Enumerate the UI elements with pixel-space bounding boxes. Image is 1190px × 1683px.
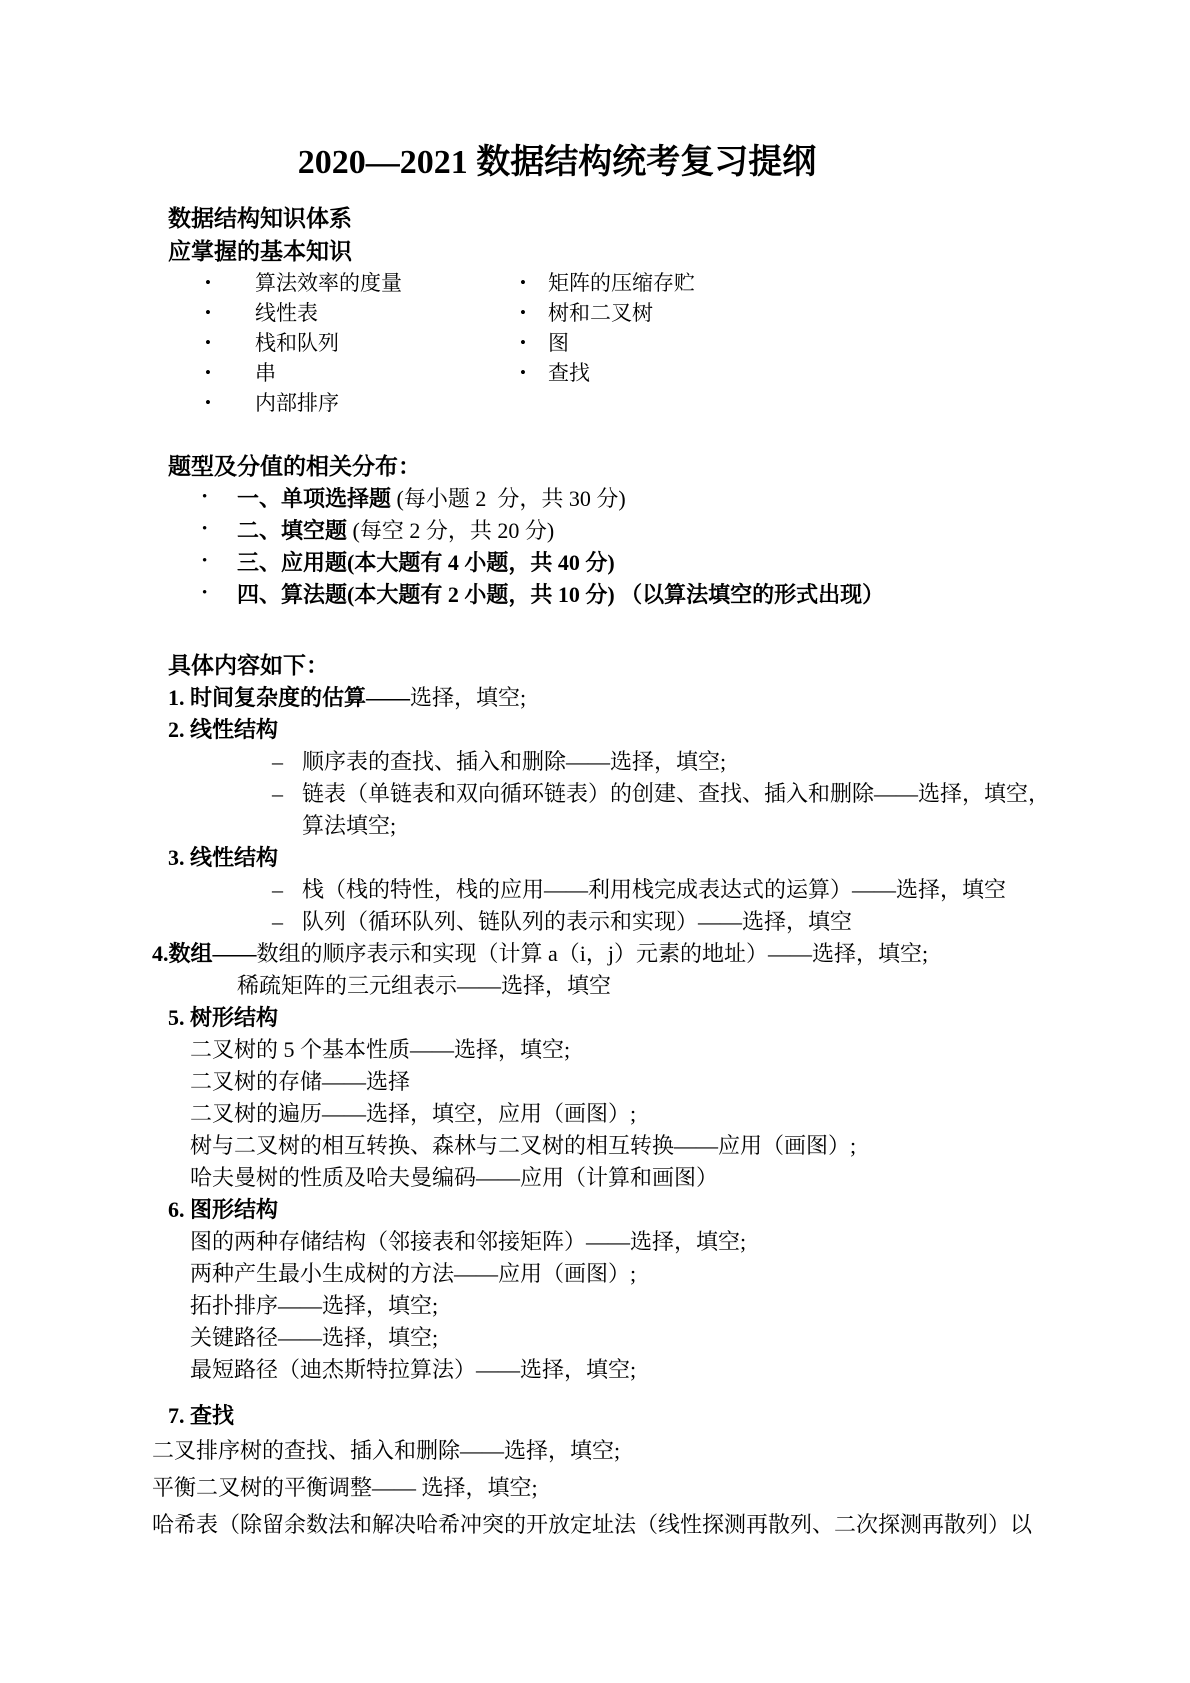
basics-heading: 应掌握的基本知识 (152, 235, 1052, 268)
outline-line: 二叉排序树的查找、插入和删除——选择，填空; (152, 1432, 1052, 1469)
outline-line-bold: 1. 时间复杂度的估算—— (168, 685, 410, 710)
knowledge-row: • 串 • 查找 (152, 358, 1052, 388)
dash-icon: – (272, 906, 283, 938)
knowledge-item: 线性表 (255, 298, 318, 328)
outline-line-bold: 5. 树形结构 (168, 1005, 278, 1030)
outline-line-text: 哈夫曼树的性质及哈夫曼编码——应用（计算和画图） (190, 1165, 718, 1190)
outline-line: 树与二叉树的相互转换、森林与二叉树的相互转换——应用（画图）; (152, 1130, 1052, 1162)
question-type-text: 四、算法题(本大题有 2 小题，共 10 分) （以算法填空的形式出现） (237, 579, 884, 611)
knowledge-item: 矩阵的压缩存贮 (548, 268, 695, 298)
knowledge-bullet-list: • 算法效率的度量 • 矩阵的压缩存贮 • 线性表 • 树和二叉树 • 栈和队列… (152, 268, 1052, 418)
dash-icon: – (272, 778, 283, 810)
outline-line: –链表（单链表和双向循环链表）的创建、查找、插入和删除——选择，填空， (152, 778, 1052, 810)
outline-line-text: 最短路径（迪杰斯特拉算法）——选择，填空; (190, 1357, 636, 1382)
question-type-label: 二、填空题 (237, 518, 353, 543)
bullet-icon: • (202, 481, 207, 513)
bullet-icon: • (205, 268, 211, 298)
bullet-icon: • (520, 298, 526, 328)
outline-line-text: 两种产生最小生成树的方法——应用（画图）; (190, 1261, 636, 1286)
outline-line: 二叉树的 5 个基本性质——选择，填空; (152, 1034, 1052, 1066)
outline-line: 2. 线性结构 (152, 714, 1052, 746)
bullet-icon: • (202, 545, 207, 577)
outline-line-text: 拓扑排序——选择，填空; (190, 1293, 438, 1318)
outline-line-text: 队列（循环队列、链队列的表示和实现）——选择，填空 (302, 909, 852, 934)
outline-line: –顺序表的查找、插入和删除——选择，填空; (152, 746, 1052, 778)
outline-line: 关键路径——选择，填空; (152, 1322, 1052, 1354)
outline-line: 两种产生最小生成树的方法——应用（画图）; (152, 1258, 1052, 1290)
bullet-icon: • (202, 513, 207, 545)
knowledge-item: 查找 (548, 358, 590, 388)
question-type-item: • 三、应用题(本大题有 4 小题，共 40 分) (152, 547, 1052, 579)
question-type-item: • 一、单项选择题 (每小题 2 分，共 30 分) (152, 483, 1052, 515)
outline-line: 7. 查找 (152, 1400, 1052, 1432)
outline-line-text: 稀疏矩阵的三元组表示——选择，填空 (237, 973, 611, 998)
outline-line: 图的两种存储结构（邻接表和邻接矩阵）——选择，填空; (152, 1226, 1052, 1258)
outline-line: 拓扑排序——选择，填空; (152, 1290, 1052, 1322)
bullet-icon: • (520, 328, 526, 358)
bullet-icon: • (205, 328, 211, 358)
page-title: 2020—2021 数据结构统考复习提纲 (152, 138, 962, 188)
knowledge-row: • 内部排序 (152, 388, 1052, 418)
question-type-text: 三、应用题(本大题有 4 小题，共 40 分) (237, 547, 615, 579)
outline-line-text: 顺序表的查找、插入和删除——选择，填空; (302, 749, 726, 774)
document-page: 2020—2021 数据结构统考复习提纲 数据结构知识体系 应掌握的基本知识 •… (0, 0, 1190, 1683)
question-type-detail: (每空 2 分，共 20 分) (353, 518, 555, 543)
question-type-label: 四、算法题(本大题有 2 小题，共 10 分) （以算法填空的形式出现） (237, 582, 884, 607)
outline-line-text: 二叉树的 5 个基本性质——选择，填空; (190, 1037, 570, 1062)
knowledge-item: 图 (548, 328, 569, 358)
document-content: 2020—2021 数据结构统考复习提纲 数据结构知识体系 应掌握的基本知识 •… (152, 138, 1052, 1543)
outline-line: –栈（栈的特性，栈的应用——利用栈完成表达式的运算）——选择，填空 (152, 874, 1052, 906)
knowledge-row: • 线性表 • 树和二叉树 (152, 298, 1052, 328)
outline-line-text: 平衡二叉树的平衡调整—— 选择，填空; (152, 1475, 538, 1500)
question-types-heading: 题型及分值的相关分布： (152, 450, 1052, 483)
question-type-label: 三、应用题(本大题有 4 小题，共 40 分) (237, 550, 615, 575)
question-types-list: • 一、单项选择题 (每小题 2 分，共 30 分) • 二、填空题 (每空 2… (152, 483, 1052, 611)
outline-line: 二叉树的遍历——选择，填空，应用（画图）; (152, 1098, 1052, 1130)
bullet-icon: • (520, 268, 526, 298)
outline-line-text: 二叉树的遍历——选择，填空，应用（画图）; (190, 1101, 636, 1126)
knowledge-row: • 栈和队列 • 图 (152, 328, 1052, 358)
outline-line-rest: 选择，填空; (410, 685, 526, 710)
bullet-icon: • (205, 298, 211, 328)
outline-line-text: 哈希表（除留余数法和解决哈希冲突的开放定址法（线性探测再散列、二次探测再散列）以 (152, 1512, 1032, 1537)
outline-heading: 具体内容如下： (152, 649, 1052, 682)
bullet-icon: • (520, 358, 526, 388)
outline-line: 6. 图形结构 (152, 1194, 1052, 1226)
outline-line: 3. 线性结构 (152, 842, 1052, 874)
outline-line-bold: 4.数组—— (152, 941, 257, 966)
outline-line-text: 栈（栈的特性，栈的应用——利用栈完成表达式的运算）——选择，填空 (302, 877, 1006, 902)
knowledge-item: 串 (255, 358, 276, 388)
question-type-text: 二、填空题 (每空 2 分，共 20 分) (237, 515, 554, 547)
question-type-item: • 二、填空题 (每空 2 分，共 20 分) (152, 515, 1052, 547)
outline-line-text: 二叉树的存储——选择 (190, 1069, 410, 1094)
outline-line-bold: 3. 线性结构 (168, 845, 278, 870)
outline-line: 1. 时间复杂度的估算——选择，填空; (152, 682, 1052, 714)
outline-line: 算法填空; (152, 810, 1052, 842)
question-type-detail: (每小题 2 分，共 30 分) (397, 486, 626, 511)
outline-line-text: 二叉排序树的查找、插入和删除——选择，填空; (152, 1438, 620, 1463)
bullet-icon: • (205, 358, 211, 388)
outline-line-bold: 6. 图形结构 (168, 1197, 278, 1222)
bullet-icon: • (202, 577, 207, 609)
knowledge-item: 栈和队列 (255, 328, 339, 358)
outline-line: 最短路径（迪杰斯特拉算法）——选择，填空; (152, 1354, 1052, 1386)
dash-icon: – (272, 874, 283, 906)
outline-line-text: 关键路径——选择，填空; (190, 1325, 438, 1350)
knowledge-row: • 算法效率的度量 • 矩阵的压缩存贮 (152, 268, 1052, 298)
knowledge-system-heading: 数据结构知识体系 (152, 202, 1052, 235)
outline-line-bold: 7. 查找 (168, 1403, 234, 1428)
outline-line: 5. 树形结构 (152, 1002, 1052, 1034)
outline-line: 4.数组——数组的顺序表示和实现（计算 a（i，j）元素的地址）——选择，填空; (152, 938, 1052, 970)
knowledge-item: 树和二叉树 (548, 298, 653, 328)
outline-line-text: 链表（单链表和双向循环链表）的创建、查找、插入和删除——选择，填空， (302, 781, 1050, 806)
bullet-icon: • (205, 388, 211, 418)
outline-list: 1. 时间复杂度的估算——选择，填空; 2. 线性结构 –顺序表的查找、插入和删… (152, 682, 1052, 1543)
outline-line-bold: 2. 线性结构 (168, 717, 278, 742)
outline-line: –队列（循环队列、链队列的表示和实现）——选择，填空 (152, 906, 1052, 938)
outline-line: 二叉树的存储——选择 (152, 1066, 1052, 1098)
question-type-text: 一、单项选择题 (每小题 2 分，共 30 分) (237, 483, 626, 515)
dash-icon: – (272, 746, 283, 778)
outline-line-text: 树与二叉树的相互转换、森林与二叉树的相互转换——应用（画图）; (190, 1133, 856, 1158)
outline-line-text: 图的两种存储结构（邻接表和邻接矩阵）——选择，填空; (190, 1229, 746, 1254)
knowledge-item: 算法效率的度量 (255, 268, 402, 298)
outline-line: 平衡二叉树的平衡调整—— 选择，填空; (152, 1469, 1052, 1506)
outline-line: 哈夫曼树的性质及哈夫曼编码——应用（计算和画图） (152, 1162, 1052, 1194)
outline-line-text: 算法填空; (302, 813, 396, 838)
outline-line: 哈希表（除留余数法和解决哈希冲突的开放定址法（线性探测再散列、二次探测再散列）以 (152, 1506, 1052, 1543)
question-type-label: 一、单项选择题 (237, 486, 397, 511)
question-type-item: • 四、算法题(本大题有 2 小题，共 10 分) （以算法填空的形式出现） (152, 579, 1052, 611)
knowledge-item: 内部排序 (255, 388, 339, 418)
outline-line-rest: 数组的顺序表示和实现（计算 a（i，j）元素的地址）——选择，填空; (257, 941, 929, 966)
outline-line: 稀疏矩阵的三元组表示——选择，填空 (152, 970, 1052, 1002)
